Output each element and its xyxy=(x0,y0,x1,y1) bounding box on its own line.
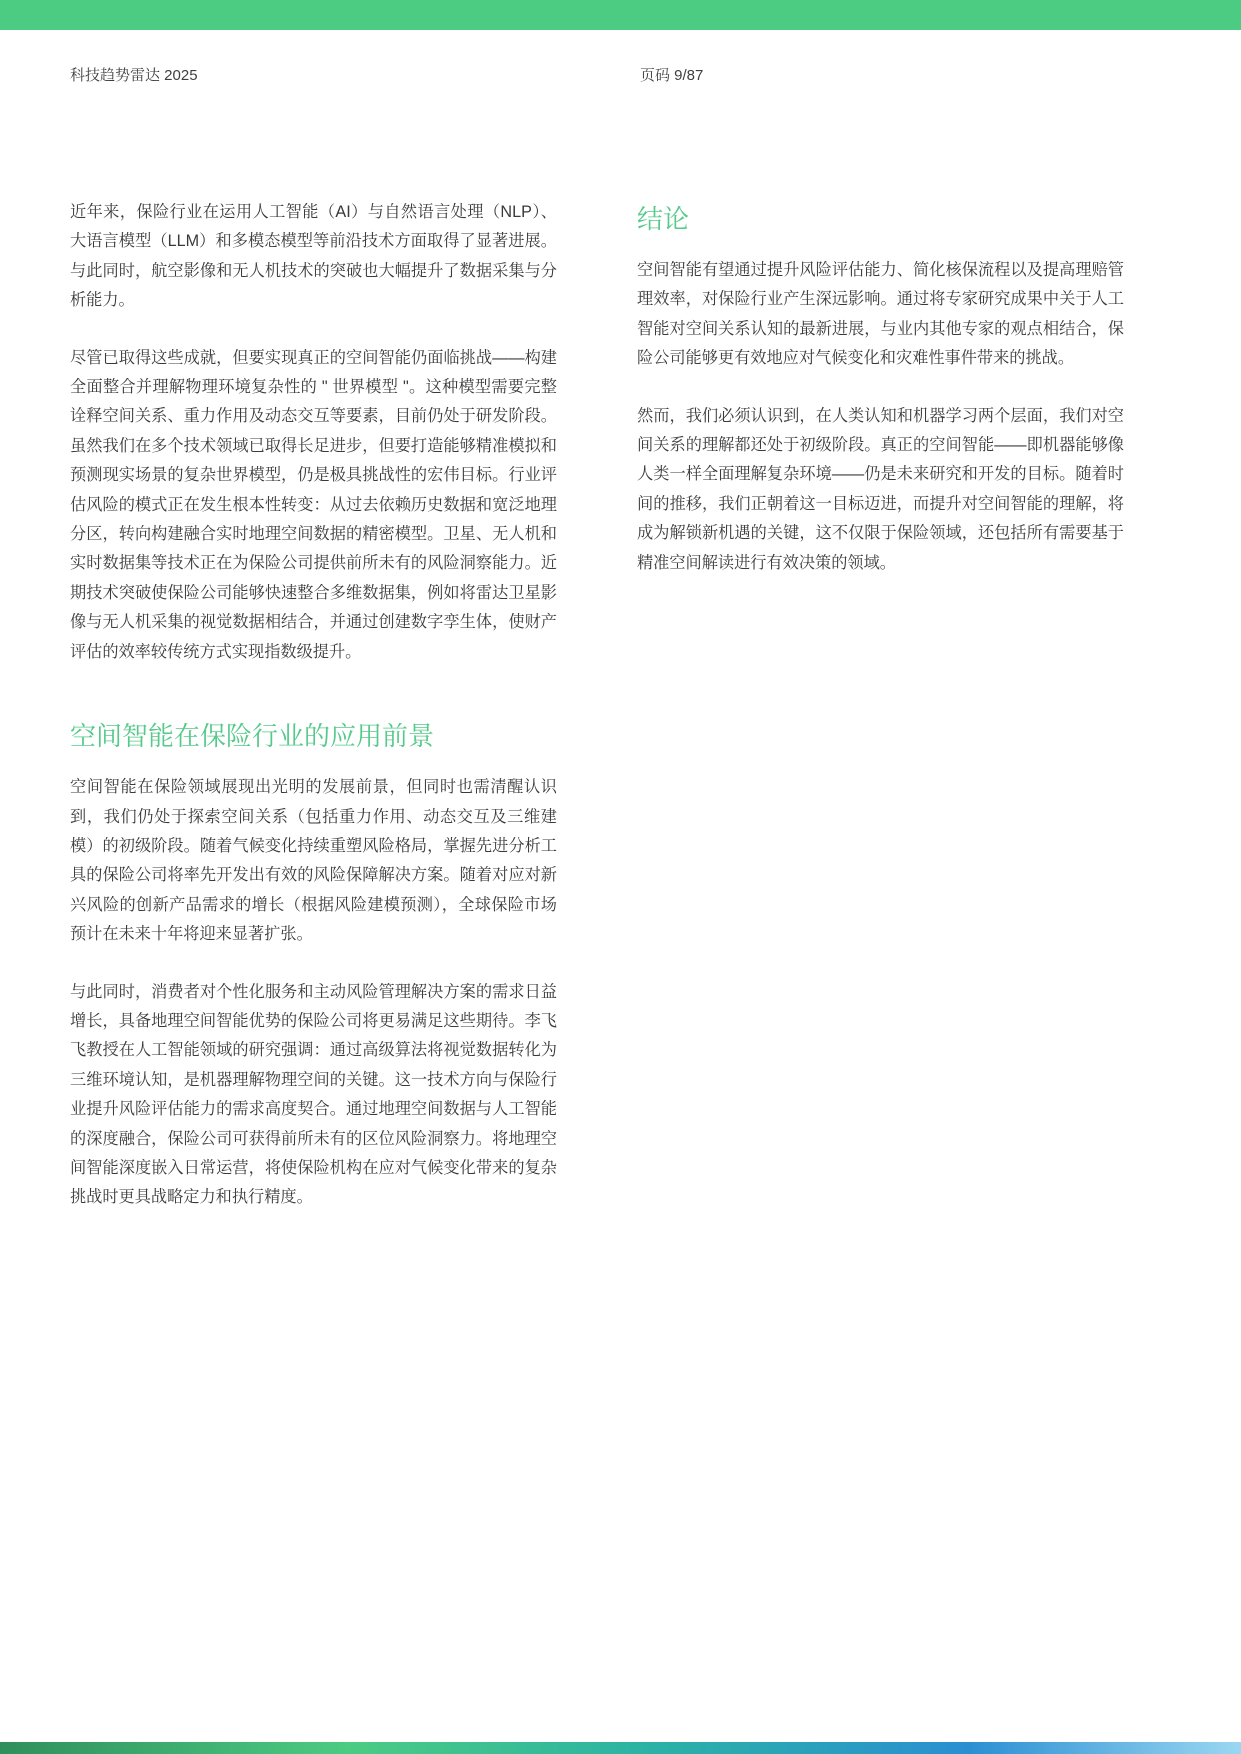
paragraph-intro: 近年来，保险行业在运用人工智能（AI）与自然语言处理（NLP）、大语言模型（LL… xyxy=(70,198,557,316)
paragraph-challenges: 尽管已取得这些成就，但要实现真正的空间智能仍面临挑战——构建全面整合并理解物理环… xyxy=(70,344,557,667)
header-page-number: 页码 9/87 xyxy=(640,66,703,86)
left-column: 近年来，保险行业在运用人工智能（AI）与自然语言处理（NLP）、大语言模型（LL… xyxy=(70,198,557,1241)
paragraph-consumer-demand: 与此同时，消费者对个性化服务和主动风险管理解决方案的需求日益增长，具备地理空间智… xyxy=(70,978,557,1213)
document-page: 科技趋势雷达 2025 页码 9/87 近年来，保险行业在运用人工智能（AI）与… xyxy=(0,0,1241,1754)
paragraph-conclusion-impact: 空间智能有望通过提升风险评估能力、简化核保流程以及提高理赔管理效率，对保险行业产… xyxy=(637,256,1124,374)
section-heading-conclusion: 结论 xyxy=(637,200,1124,238)
header-doc-title: 科技趋势雷达 2025 xyxy=(70,66,198,86)
paragraph-conclusion-outlook: 然而，我们必须认识到，在人类认知和机器学习两个层面，我们对空间关系的理解都还处于… xyxy=(637,402,1124,578)
section-heading-application-prospects: 空间智能在保险行业的应用前景 xyxy=(70,717,557,755)
right-column: 结论 空间智能有望通过提升风险评估能力、简化核保流程以及提高理赔管理效率，对保险… xyxy=(637,200,1124,606)
paragraph-prospects: 空间智能在保险领域展现出光明的发展前景，但同时也需清醒认识到，我们仍处于探索空间… xyxy=(70,773,557,949)
top-green-bar xyxy=(0,0,1241,30)
footer-gradient-bar xyxy=(0,1742,1241,1754)
